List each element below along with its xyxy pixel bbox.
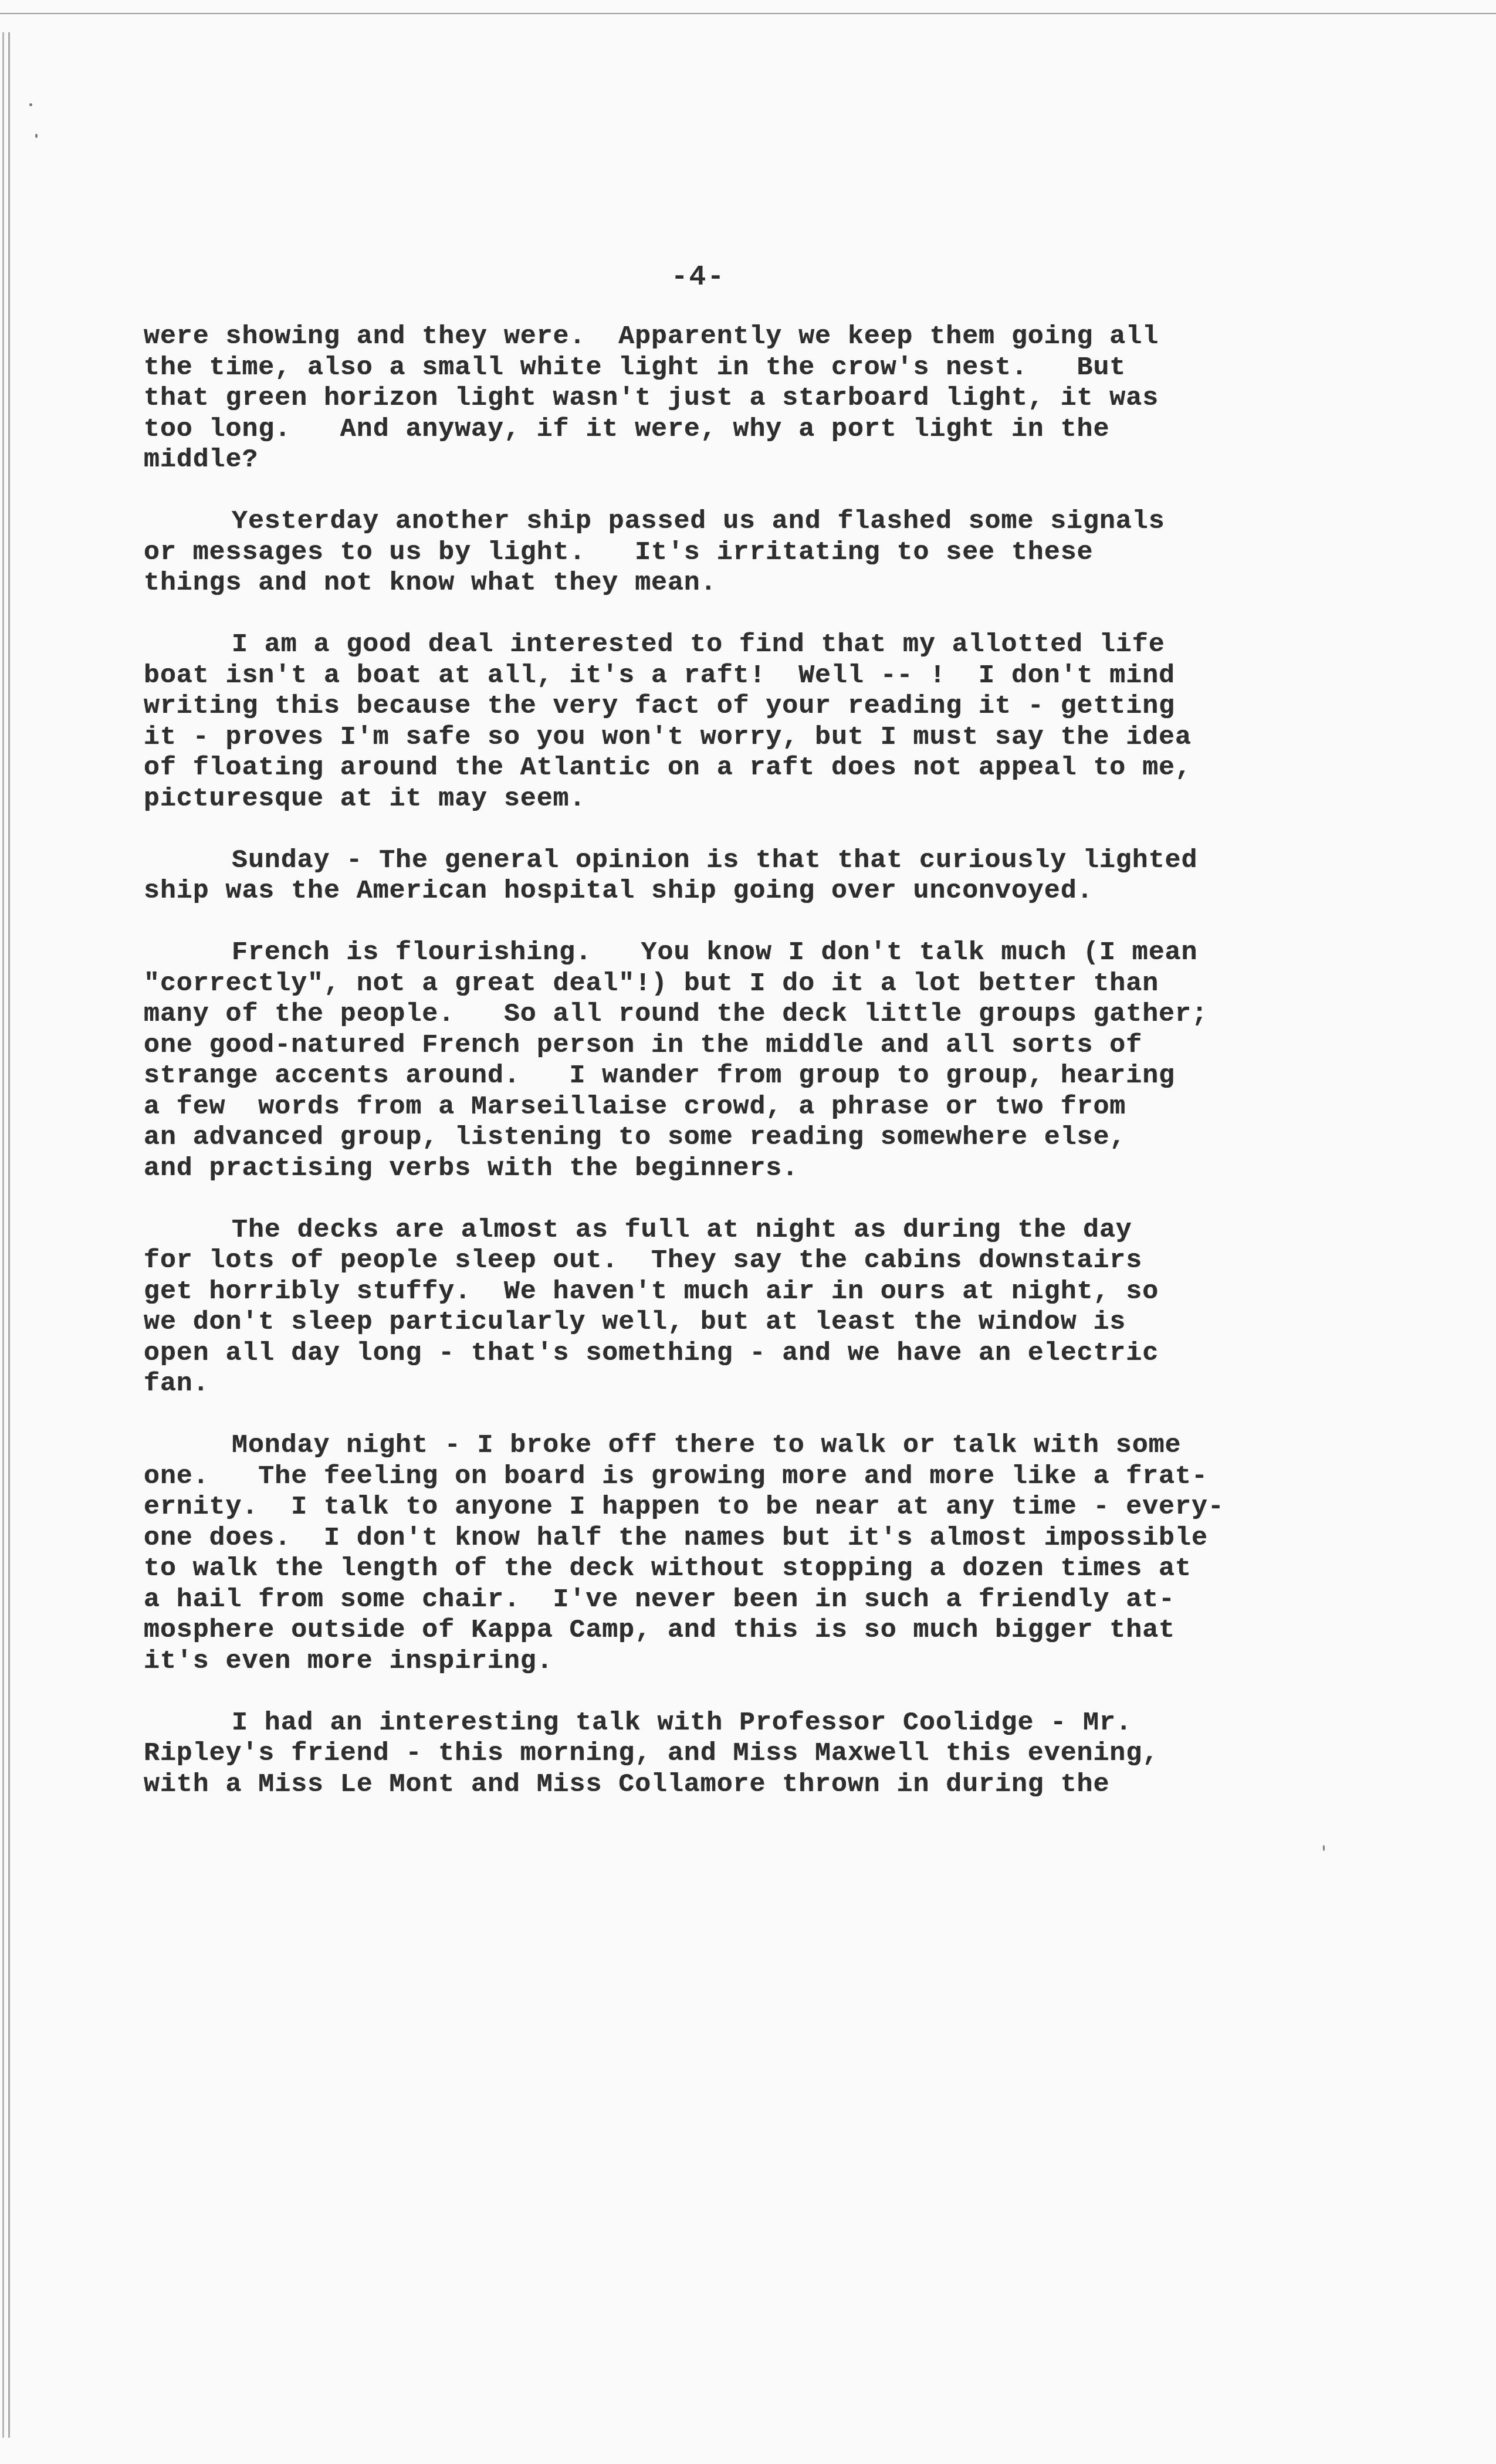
text-line: Ripley's friend - this morning, and Miss… [144, 1738, 1376, 1769]
text-line: we don't sleep particularly well, but at… [144, 1307, 1376, 1338]
paragraph: Sunday - The general opinion is that tha… [144, 845, 1376, 907]
text-line: things and not know what they mean. [144, 568, 1376, 599]
text-line: were showing and they were. Apparently w… [144, 321, 1376, 353]
text-line: an advanced group, listening to some rea… [144, 1122, 1376, 1153]
text-line: to walk the length of the deck without s… [144, 1553, 1376, 1585]
paragraph: I had an interesting talk with Professor… [144, 1708, 1376, 1800]
text-line: of floating around the Atlantic on a raf… [144, 753, 1376, 784]
text-line: the time, also a small white light in th… [144, 353, 1376, 384]
scan-edge-left [2, 32, 4, 2438]
scan-speck [1323, 1845, 1325, 1851]
paragraph: The decks are almost as full at night as… [144, 1215, 1376, 1400]
paragraph: were showing and they were. Apparently w… [144, 321, 1376, 476]
text-line: ship was the American hospital ship goin… [144, 876, 1376, 907]
text-line: a hail from some chair. I've never been … [144, 1585, 1376, 1616]
paragraph: French is flourishing. You know I don't … [144, 937, 1376, 1184]
text-line: I had an interesting talk with Professor… [144, 1708, 1376, 1739]
text-line: boat isn't a boat at all, it's a raft! W… [144, 661, 1376, 692]
paragraph: Monday night - I broke off there to walk… [144, 1430, 1376, 1677]
text-line: for lots of people sleep out. They say t… [144, 1245, 1376, 1277]
text-line: one. The feeling on board is growing mor… [144, 1461, 1376, 1492]
paragraph: Yesterday another ship passed us and fla… [144, 506, 1376, 599]
text-line: The decks are almost as full at night as… [144, 1215, 1376, 1246]
text-line: Sunday - The general opinion is that tha… [144, 845, 1376, 876]
text-line: one good-natured French person in the mi… [144, 1030, 1376, 1061]
text-line: get horribly stuffy. We haven't much air… [144, 1277, 1376, 1308]
letter-body: were showing and they were. Apparently w… [144, 321, 1376, 1831]
text-line: middle? [144, 445, 1376, 476]
text-line: and practising verbs with the beginners. [144, 1153, 1376, 1184]
text-line: one does. I don't know half the names bu… [144, 1523, 1376, 1554]
text-line: mosphere outside of Kappa Camp, and this… [144, 1615, 1376, 1646]
scan-edge-left-inner [8, 32, 10, 2438]
scan-speck [35, 134, 38, 138]
text-line: French is flourishing. You know I don't … [144, 937, 1376, 969]
text-line: that green horizon light wasn't just a s… [144, 383, 1376, 414]
paragraph: I am a good deal interested to find that… [144, 629, 1376, 814]
text-line: writing this because the very fact of yo… [144, 691, 1376, 722]
page-number: -4- [0, 262, 1396, 293]
text-line: "correctly", not a great deal"!) but I d… [144, 969, 1376, 1000]
text-line: too long. And anyway, if it were, why a … [144, 414, 1376, 445]
text-line: fan. [144, 1369, 1376, 1400]
text-line: many of the people. So all round the dec… [144, 999, 1376, 1030]
text-line: ernity. I talk to anyone I happen to be … [144, 1492, 1376, 1523]
text-line: open all day long - that's something - a… [144, 1338, 1376, 1369]
text-line: Monday night - I broke off there to walk… [144, 1430, 1376, 1461]
text-line: strange accents around. I wander from gr… [144, 1061, 1376, 1092]
text-line: Yesterday another ship passed us and fla… [144, 506, 1376, 537]
text-line: with a Miss Le Mont and Miss Collamore t… [144, 1769, 1376, 1800]
text-line: it - proves I'm safe so you won't worry,… [144, 722, 1376, 753]
text-line: a few words from a Marseillaise crowd, a… [144, 1092, 1376, 1123]
text-line: I am a good deal interested to find that… [144, 629, 1376, 661]
text-line: or messages to us by light. It's irritat… [144, 537, 1376, 568]
scan-speck [29, 103, 32, 106]
scan-edge-top [0, 13, 1496, 14]
text-line: picturesque at it may seem. [144, 784, 1376, 815]
text-line: it's even more inspiring. [144, 1646, 1376, 1677]
